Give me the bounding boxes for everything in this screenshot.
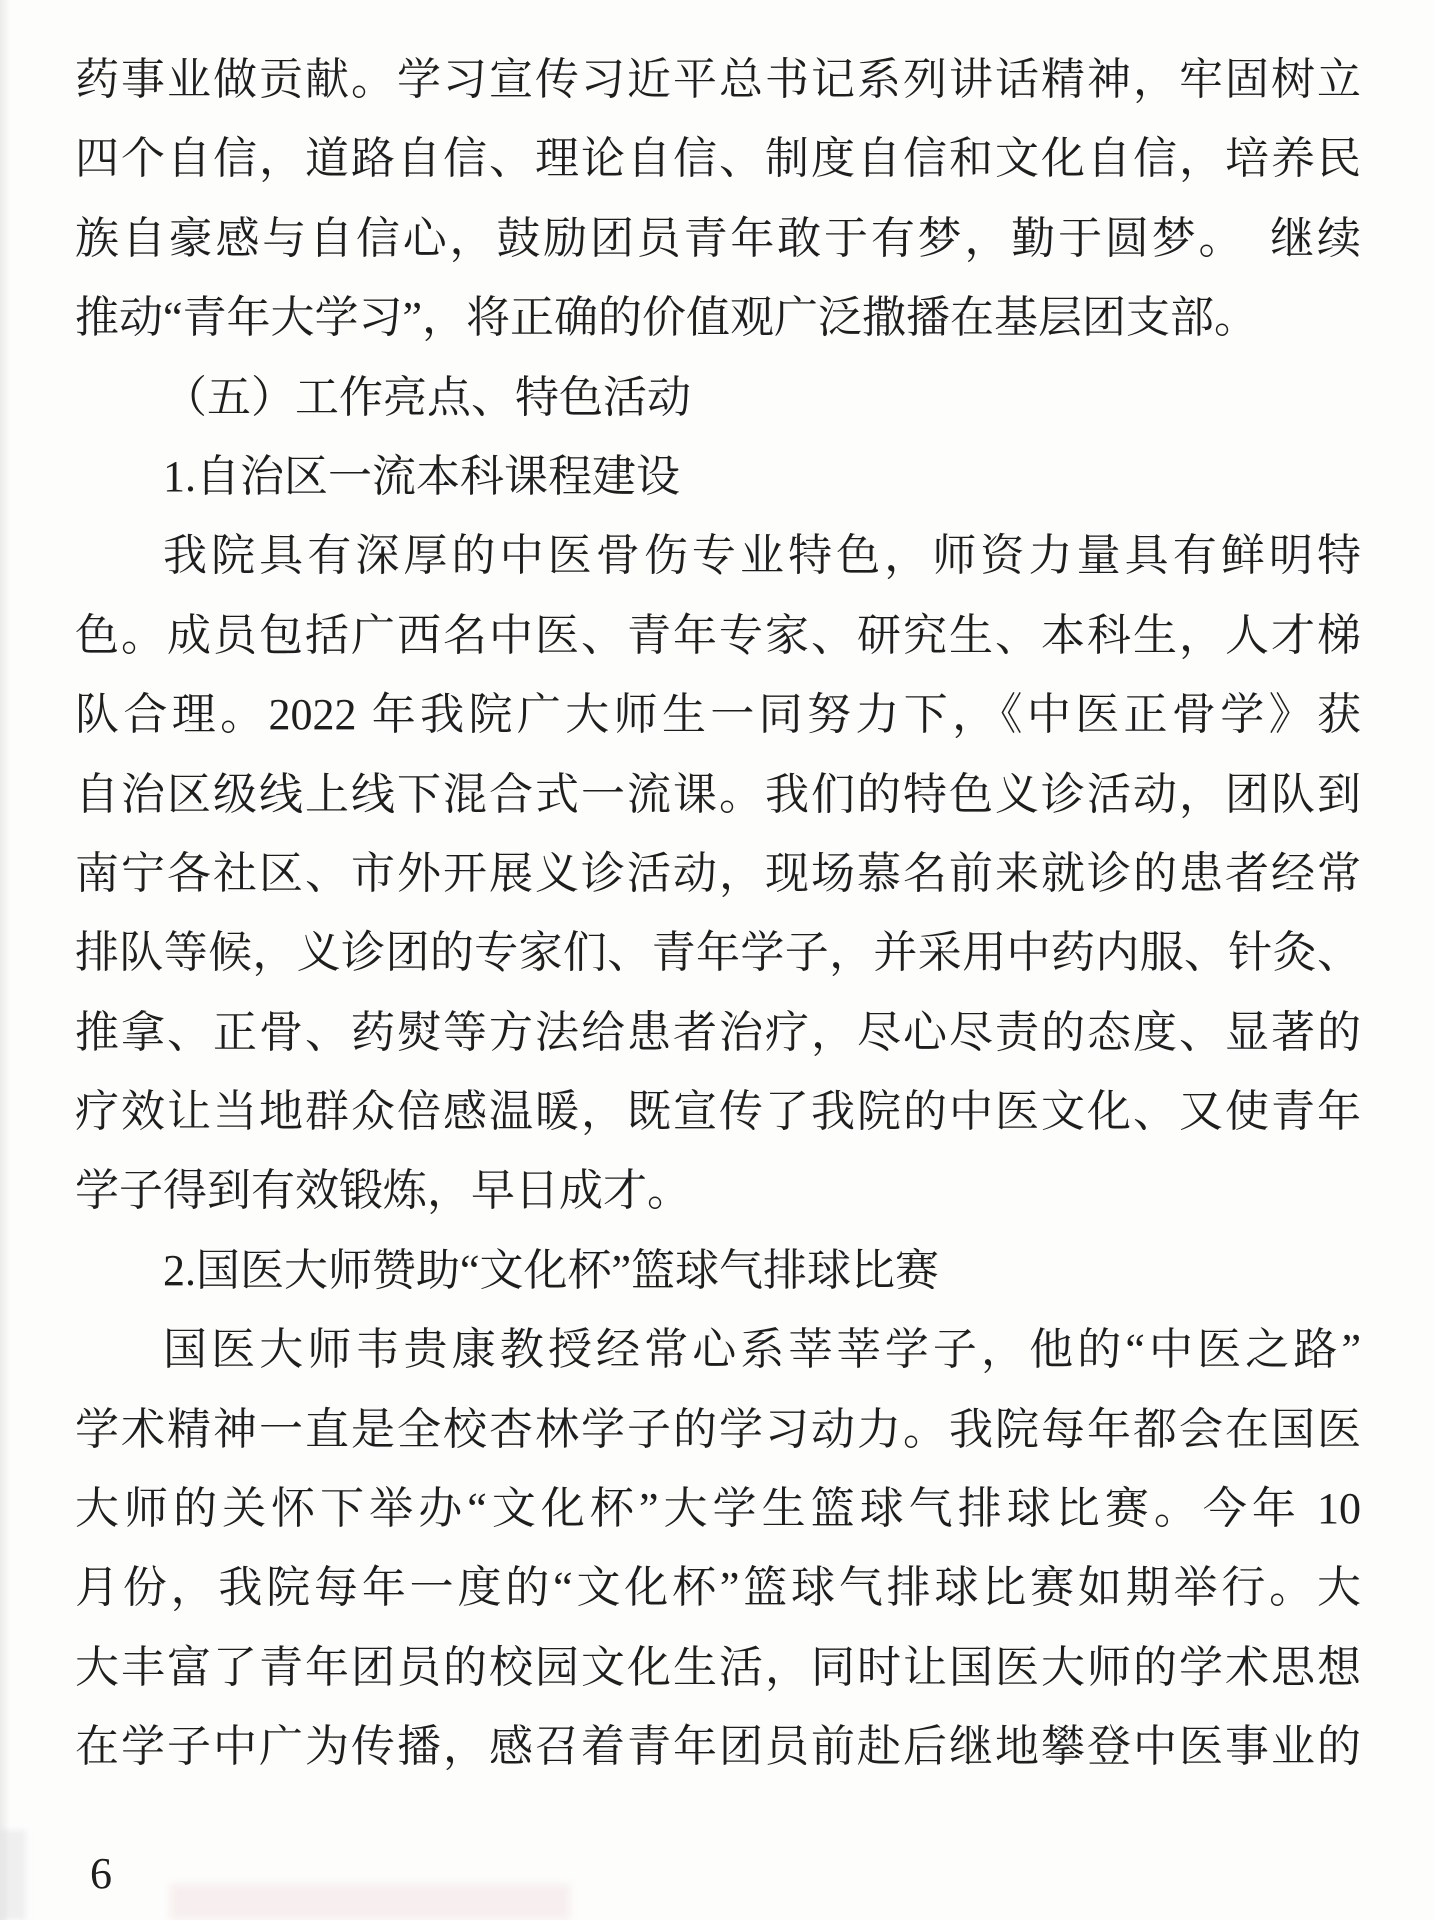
body-text-line: 推动“青年大学习”，将正确的价值观广泛撒播在基层团支部。: [75, 278, 1361, 357]
scan-artifact-bottom-corner: [0, 1830, 26, 1920]
subsection-heading-line: 1.自治区一流本科课程建设: [75, 437, 1361, 516]
document-body: 药事业做贡献。学习宣传习近平总书记系列讲话精神，牢固树立四个自信，道路自信、理论…: [75, 40, 1361, 1787]
body-text-line: 大丰富了青年团员的校园文化生活，同时让国医大师的学术思想: [75, 1628, 1361, 1707]
body-text-line: 色。成员包括广西名中医、青年专家、研究生、本科生，人才梯: [75, 596, 1361, 675]
body-text-line: 学术精神一直是全校杏林学子的学习动力。我院每年都会在国医: [75, 1390, 1361, 1469]
scan-artifact-bottom-smudge: [170, 1884, 570, 1920]
body-text-line: 疗效让当地群众倍感温暖，既宣传了我院的中医文化、又使青年: [75, 1072, 1361, 1151]
body-text-line: 自治区级线上线下混合式一流课。我们的特色义诊活动，团队到: [75, 755, 1361, 834]
body-text-line: 推拿、正骨、药熨等方法给患者治疗，尽心尽责的态度、显著的: [75, 993, 1361, 1072]
scan-artifact-left-edge: [0, 0, 10, 1920]
body-text-line: 排队等候，义诊团的专家们、青年学子，并采用中药内服、针灸、: [75, 913, 1361, 992]
body-text-line: 四个自信，道路自信、理论自信、制度自信和文化自信，培养民: [75, 119, 1361, 198]
body-text-line: 大师的关怀下举办“文化杯”大学生篮球气排球比赛。今年 10: [75, 1469, 1361, 1548]
page-footer: 6: [90, 1846, 112, 1902]
body-text-line: 月份，我院每年一度的“文化杯”篮球气排球比赛如期举行。大: [75, 1548, 1361, 1627]
body-text-line: 族自豪感与自信心，鼓励团员青年敢于有梦，勤于圆梦。 继续: [75, 199, 1361, 278]
body-text-line: 药事业做贡献。学习宣传习近平总书记系列讲话精神，牢固树立: [75, 40, 1361, 119]
body-text-line: 国医大师韦贵康教授经常心系莘莘学子，他的“中医之路”: [75, 1310, 1361, 1389]
body-text-line: 我院具有深厚的中医骨伤专业特色，师资力量具有鲜明特: [75, 516, 1361, 595]
body-text-line: 南宁各社区、市外开展义诊活动，现场慕名前来就诊的患者经常: [75, 834, 1361, 913]
section-heading-line: （五）工作亮点、特色活动: [75, 358, 1361, 437]
body-text-line: 在学子中广为传播，感召着青年团员前赴后继地攀登中医事业的: [75, 1707, 1361, 1786]
page-number: 6: [90, 1849, 112, 1898]
body-text-line: 队合理。2022 年我院广大师生一同努力下，《中医正骨学》获: [75, 675, 1361, 754]
document-page: 药事业做贡献。学习宣传习近平总书记系列讲话精神，牢固树立四个自信，道路自信、理论…: [0, 0, 1434, 1920]
body-text-line: 学子得到有效锻炼，早日成才。: [75, 1151, 1361, 1230]
subsection-heading-line: 2.国医大师赞助“文化杯”篮球气排球比赛: [75, 1231, 1361, 1310]
